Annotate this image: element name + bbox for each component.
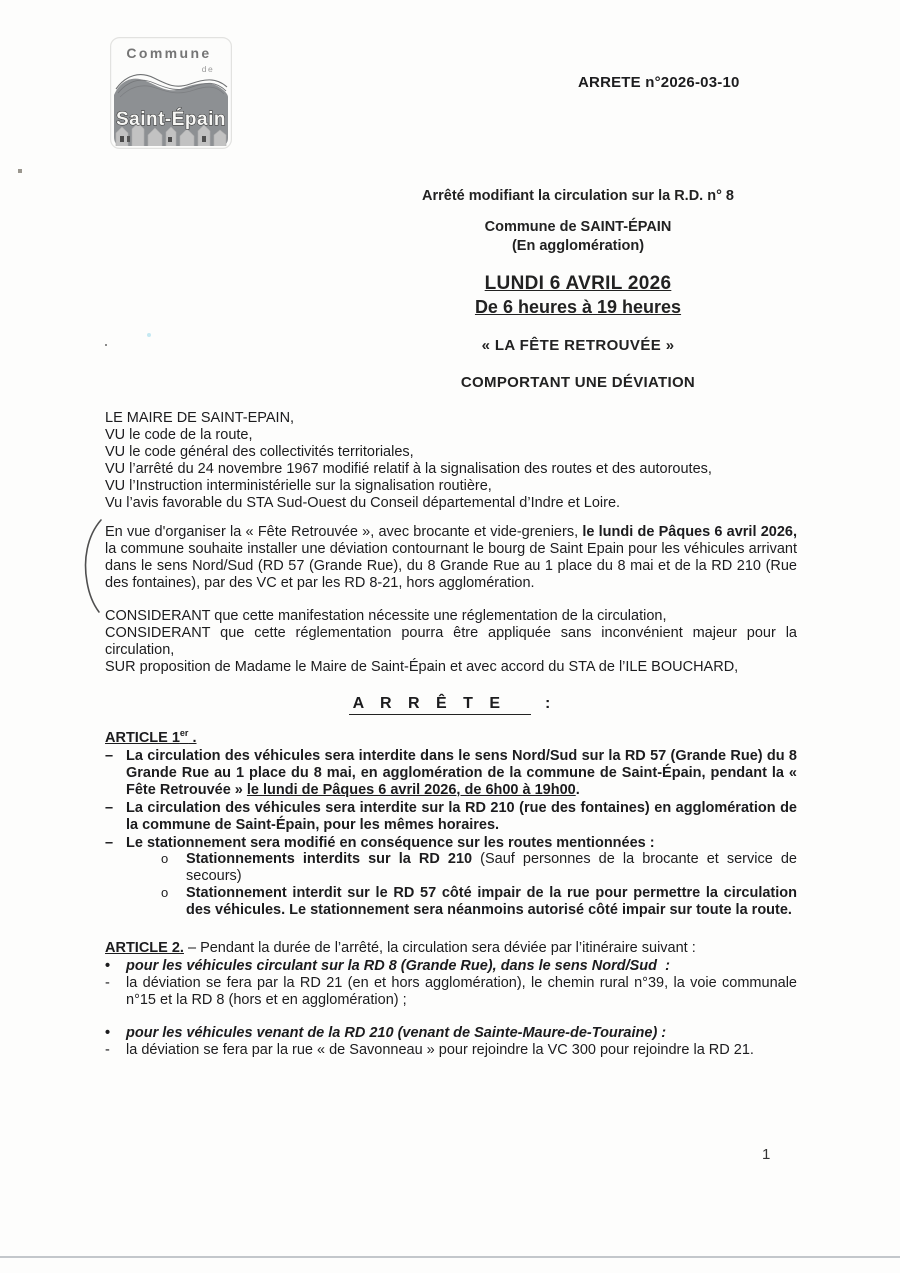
bullet-3-text: Le stationnement sera modifié en conséqu… bbox=[126, 835, 797, 852]
logo-name-text: Saint-Épain bbox=[116, 108, 226, 130]
arrete-number: ARRETE n°2026-03-10 bbox=[578, 74, 740, 91]
title-block: Arrêté modifiant la circulation sur la R… bbox=[368, 188, 788, 391]
article-1-heading-dot: . bbox=[188, 730, 196, 746]
sub-bullet-1-bold: Stationnements interdits sur la RD 210 bbox=[186, 851, 480, 867]
article-1-heading-text: ARTICLE 1 bbox=[105, 730, 180, 746]
title-line-1: Arrêté modifiant la circulation sur la R… bbox=[368, 188, 788, 205]
scan-speck bbox=[430, 668, 432, 671]
dash-bullet-icon: – bbox=[105, 748, 126, 799]
vu-line-4: VU l’Instruction interministérielle sur … bbox=[105, 478, 797, 495]
bullet-1-underlined-date: le lundi de Pâques 6 avril 2026, de 6h00… bbox=[247, 782, 576, 798]
document-page: Commune de Saint-Épain ARRETE n°2026-03-… bbox=[0, 0, 900, 1273]
article-2-intro-text: – Pendant la durée de l’arrêté, la circu… bbox=[184, 940, 696, 956]
title-line-3: (En agglomération) bbox=[368, 238, 788, 255]
route-2-title-row: • pour les véhicules venant de la RD 210… bbox=[105, 1025, 797, 1042]
hyphen-bullet-icon: - bbox=[105, 1042, 126, 1059]
article-1-heading: ARTICLE 1er . bbox=[105, 730, 797, 747]
dash-bullet-icon: – bbox=[105, 800, 126, 834]
route-1-title-row: • pour les véhicules circulant sur la RD… bbox=[105, 958, 797, 975]
considerants-block: CONSIDERANT que cette manifestation néce… bbox=[105, 608, 797, 676]
vu-line-1: VU le code de la route, bbox=[105, 427, 797, 444]
context-part-3: la commune souhaite installer une déviat… bbox=[105, 541, 797, 591]
vu-line-2: VU le code général des collectivités ter… bbox=[105, 444, 797, 461]
scan-edge-line bbox=[0, 1256, 900, 1258]
sub-bullet-2-text: Stationnement interdit sur le RD 57 côté… bbox=[186, 885, 797, 919]
article-1: ARTICLE 1er . – La circulation des véhic… bbox=[105, 730, 797, 919]
handwritten-bracket-mark bbox=[79, 518, 105, 618]
bullet-2-text: La circulation des véhicules sera interd… bbox=[126, 800, 797, 834]
vu-line-3: VU l’arrêté du 24 novembre 1967 modifié … bbox=[105, 461, 797, 478]
title-date-line-2: De 6 heures à 19 heures bbox=[368, 296, 788, 318]
route-1-detail-row: - la déviation se fera par la RD 21 (en … bbox=[105, 975, 797, 1009]
sur-proposition-line: SUR proposition de Madame le Maire de Sa… bbox=[105, 659, 797, 676]
considerant-2: CONSIDERANT que cette réglementation pou… bbox=[105, 625, 797, 659]
document-body: LE MAIRE DE SAINT-EPAIN, VU le code de l… bbox=[105, 410, 797, 1060]
context-part-1: En vue d'organiser la « Fête Retrouvée »… bbox=[105, 524, 582, 540]
context-paragraph-wrap: En vue d'organiser la « Fête Retrouvée »… bbox=[105, 524, 797, 592]
article-1-bullet-1: – La circulation des véhicules sera inte… bbox=[105, 748, 797, 799]
title-event-name: « LA FÊTE RETROUVÉE » bbox=[368, 337, 788, 354]
article-2: ARTICLE 2. – Pendant la durée de l’arrêt… bbox=[105, 940, 797, 1060]
route-2-title: pour les véhicules venant de la RD 210 (… bbox=[126, 1025, 797, 1042]
dash-bullet-icon: – bbox=[105, 835, 126, 852]
circle-bullet-icon: o bbox=[161, 851, 186, 885]
route-2-detail: la déviation se fera par la rue « de Sav… bbox=[126, 1042, 797, 1059]
logo-de-text: de bbox=[202, 64, 214, 74]
article-2-heading-text: ARTICLE 2. bbox=[105, 940, 184, 956]
considerant-1: CONSIDERANT que cette manifestation néce… bbox=[105, 608, 797, 625]
disc-bullet-icon: • bbox=[105, 958, 126, 975]
route-1-title: pour les véhicules circulant sur la RD 8… bbox=[126, 958, 797, 975]
commune-logo: Commune de Saint-Épain bbox=[110, 37, 232, 149]
scan-speck bbox=[147, 333, 151, 337]
arrete-heading-word: A R R Ê T E bbox=[349, 695, 531, 715]
hyphen-bullet-icon: - bbox=[105, 975, 126, 1009]
title-line-2: Commune de SAINT-ÉPAIN bbox=[368, 219, 788, 236]
title-date-line-1: LUNDI 6 AVRIL 2026 bbox=[368, 272, 788, 296]
article-2-intro: ARTICLE 2. – Pendant la durée de l’arrêt… bbox=[105, 940, 797, 957]
arrete-heading-colon: : bbox=[545, 695, 553, 712]
logo-commune-text: Commune bbox=[126, 45, 211, 61]
scan-speck bbox=[18, 169, 22, 173]
context-paragraph: En vue d'organiser la « Fête Retrouvée »… bbox=[105, 524, 797, 592]
route-2-detail-row: - la déviation se fera par la rue « de S… bbox=[105, 1042, 797, 1059]
article-1-bullet-3: – Le stationnement sera modifié en consé… bbox=[105, 835, 797, 852]
circle-bullet-icon: o bbox=[161, 885, 186, 919]
vu-line-5: Vu l’avis favorable du STA Sud-Ouest du … bbox=[105, 495, 797, 512]
title-deviation-line: COMPORTANT UNE DÉVIATION bbox=[368, 374, 788, 391]
disc-bullet-icon: • bbox=[105, 1025, 126, 1042]
scan-speck bbox=[105, 344, 107, 346]
arrete-heading: A R R Ê T E: bbox=[105, 695, 797, 712]
bullet-1-period: . bbox=[576, 782, 580, 798]
route-1-detail: la déviation se fera par la RD 21 (en et… bbox=[126, 975, 797, 1009]
article-1-sub-bullet-1: o Stationnements interdits sur la RD 210… bbox=[105, 851, 797, 885]
context-date-bold: le lundi de Pâques 6 avril 2026, bbox=[582, 524, 797, 540]
article-1-sub-bullet-2: o Stationnement interdit sur le RD 57 cô… bbox=[105, 885, 797, 919]
maire-line: LE MAIRE DE SAINT-EPAIN, bbox=[105, 410, 797, 427]
page-number: 1 bbox=[762, 1146, 770, 1163]
article-1-bullet-2: – La circulation des véhicules sera inte… bbox=[105, 800, 797, 834]
